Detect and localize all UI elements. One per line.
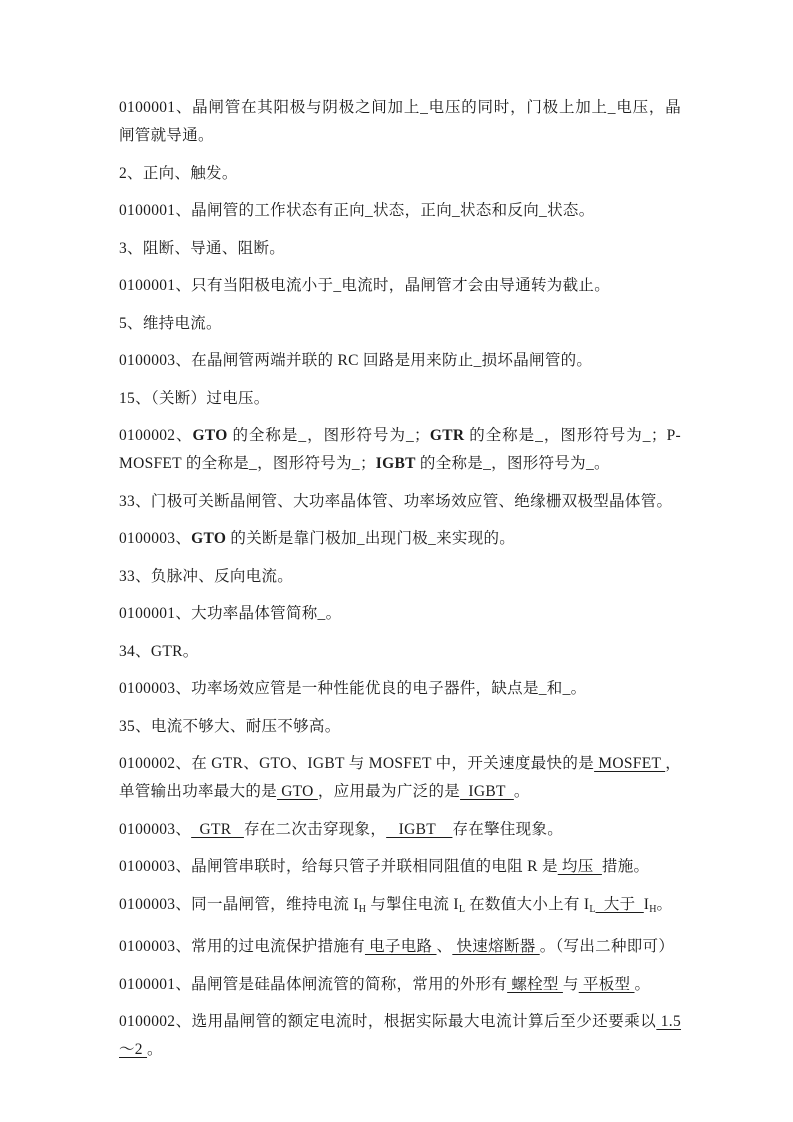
answer-blank: 平板型 — [579, 976, 635, 993]
question-line: 3、阻断、导通、阻断。 — [119, 235, 681, 263]
text-run: 、 — [437, 938, 453, 955]
text-run: 。 — [635, 976, 651, 993]
question-line: 0100001、大功率晶体管简称_。 — [119, 600, 681, 628]
text-run: 0100003、晶闸管串联时，给每只管子并联相同阻值的电阻 R 是 — [119, 858, 558, 875]
text-run: 与 — [563, 976, 579, 993]
text-run: 0100001、大功率晶体管简称_。 — [119, 605, 341, 622]
question-line: 0100003、在晶闸管两端并联的 RC 回路是用来防止_损坏晶闸管的。 — [119, 347, 681, 375]
text-run: 0100001、晶闸管是硅晶体闸流管的简称，常用的外形有 — [119, 976, 507, 993]
text-run: 。 — [147, 1041, 163, 1058]
text-run: 0100002、在 GTR、GTO、IGBT 与 MOSFET 中，开关速度最快… — [119, 755, 594, 772]
answer-blank: GTO — [277, 783, 318, 800]
answer-blank: IGBT — [386, 821, 452, 838]
text-run: 的关断是靠门极加_出现门极_来实现的。 — [226, 530, 515, 547]
text-run: 33、门极可关断晶闸管、大功率晶体管、功率场效应管、绝缘栅双极型晶体管。 — [119, 493, 672, 510]
text-run: IGBT — [376, 455, 416, 472]
text-run: 0100003、 — [119, 530, 191, 547]
answer-blank: 电子电路 — [365, 938, 437, 955]
question-line: 0100001、晶闸管的工作状态有正向_状态，正向_状态和反向_状态。 — [119, 197, 681, 225]
text-run: 0100001、晶闸管的工作状态有正向_状态，正向_状态和反向_状态。 — [119, 202, 595, 219]
text-run: 存在二次击穿现象， — [244, 821, 386, 838]
text-run: 与掣住电流 I — [366, 896, 459, 913]
question-line: 0100003、晶闸管串联时，给每只管子并联相同阻值的电阻 R 是 均压 措施。 — [119, 853, 681, 881]
question-line: 0100002、在 GTR、GTO、IGBT 与 MOSFET 中，开关速度最快… — [119, 750, 681, 806]
question-line: 0100003、 GTR 存在二次击穿现象， IGBT 存在擎住现象。 — [119, 816, 681, 844]
question-line: 0100003、同一晶闸管，维持电流 IH 与掣住电流 IL 在数值大小上有 I… — [119, 891, 681, 924]
subscript-text: H — [359, 904, 366, 915]
text-run: GTO — [191, 530, 226, 547]
text-run: 0100003、功率场效应管是一种性能优良的电子器件，缺点是_和_。 — [119, 680, 586, 697]
text-run: 在数值大小上有 I — [465, 896, 589, 913]
text-run: 的全称是_，图形符号为_。 — [416, 455, 610, 472]
answer-blank: IGBT — [460, 783, 514, 800]
text-run: GTR — [430, 427, 465, 444]
answer-blank: MOSFET — [594, 755, 665, 772]
text-run: 0100001、晶闸管在其阳极与阴极之间加上_电压的同时，门极上加上_电压，晶闸… — [119, 99, 681, 144]
text-run: 。 — [657, 896, 673, 913]
answer-blank: 螺栓型 — [507, 976, 563, 993]
question-line: 0100003、常用的过电流保护措施有 电子电路 、 快速熔断器 。（写出二种即… — [119, 933, 681, 961]
answer-blank: 大于 — [595, 896, 643, 913]
question-line: 0100003、功率场效应管是一种性能优良的电子器件，缺点是_和_。 — [119, 675, 681, 703]
subscript-text: H — [649, 904, 656, 915]
question-line: 0100002、选用晶闸管的额定电流时，根据实际最大电流计算后至少还要乘以 1.… — [119, 1008, 681, 1064]
text-run: GTO — [193, 427, 228, 444]
question-line: 0100003、GTO 的关断是靠门极加_出现门极_来实现的。 — [119, 525, 681, 553]
text-run: 存在擎住现象。 — [452, 821, 563, 838]
text-run: 0100003、 — [119, 821, 191, 838]
question-line: 34、GTR。 — [119, 638, 681, 666]
answer-blank: GTR — [191, 821, 244, 838]
document-body: 0100001、晶闸管在其阳极与阴极之间加上_电压的同时，门极上加上_电压，晶闸… — [119, 94, 681, 1074]
text-run: 的全称是_，图形符号为_； — [228, 427, 430, 444]
text-run: 0100003、同一晶闸管，维持电流 I — [119, 896, 359, 913]
answer-blank: 快速熔断器 — [452, 938, 539, 955]
text-run: 0100003、常用的过电流保护措施有 — [119, 938, 365, 955]
document-page: 0100001、晶闸管在其阳极与阴极之间加上_电压的同时，门极上加上_电压，晶闸… — [0, 0, 793, 1122]
text-run: 0100001、只有当阳极电流小于_电流时，晶闸管才会由导通转为截止。 — [119, 277, 610, 294]
text-run: 2、正向、触发。 — [119, 165, 238, 182]
question-line: 0100001、晶闸管是硅晶体闸流管的简称，常用的外形有 螺栓型 与 平板型 。 — [119, 971, 681, 999]
text-run: 15、（关断）过电压。 — [119, 390, 270, 407]
question-line: 5、维持电流。 — [119, 310, 681, 338]
text-run: 33、负脉冲、反向电流。 — [119, 568, 293, 585]
text-run: 。（写出二种即可） — [540, 938, 674, 955]
question-line: 33、负脉冲、反向电流。 — [119, 563, 681, 591]
question-line: 0100002、GTO 的全称是_，图形符号为_；GTR 的全称是_，图形符号为… — [119, 422, 681, 478]
text-run: 0100002、 — [119, 427, 193, 444]
answer-blank: 均压 — [558, 858, 602, 875]
question-line: 0100001、晶闸管在其阳极与阴极之间加上_电压的同时，门极上加上_电压，晶闸… — [119, 94, 681, 150]
question-line: 2、正向、触发。 — [119, 160, 681, 188]
text-run: 措施。 — [602, 858, 649, 875]
question-line: 33、门极可关断晶闸管、大功率晶体管、功率场效应管、绝缘栅双极型晶体管。 — [119, 488, 681, 516]
text-run: 34、GTR。 — [119, 643, 199, 660]
text-run: 。 — [514, 783, 530, 800]
question-line: 15、（关断）过电压。 — [119, 385, 681, 413]
text-run: 0100003、在晶闸管两端并联的 RC 回路是用来防止_损坏晶闸管的。 — [119, 352, 592, 369]
text-run: 3、阻断、导通、阻断。 — [119, 240, 285, 257]
text-run: 0100002、选用晶闸管的额定电流时，根据实际最大电流计算后至少还要乘以 — [119, 1013, 656, 1030]
question-line: 0100001、只有当阳极电流小于_电流时，晶闸管才会由导通转为截止。 — [119, 272, 681, 300]
text-run: 35、电流不够大、耐压不够高。 — [119, 718, 341, 735]
text-run: ，应用最为广泛的是 — [318, 783, 460, 800]
text-run: 5、维持电流。 — [119, 315, 222, 332]
question-line: 35、电流不够大、耐压不够高。 — [119, 713, 681, 741]
